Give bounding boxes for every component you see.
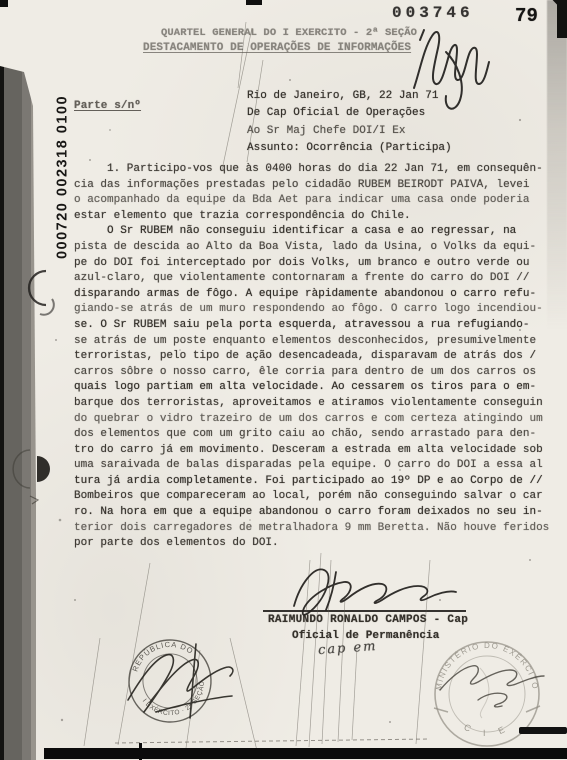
body-line: estar elemento que trazia correspondênci… [74,209,560,225]
body-line: terior dois carregadores de metralhadora… [74,521,560,537]
document-stamp-number: 003746 [392,4,474,22]
body-line: o acompanhado da equipe da Bda Aet para … [74,193,560,209]
reference-number: Parte s/nº [74,100,141,112]
stamp-left-arc-bottom: I EXÉRCITO · 2ª SEÇÃO [140,678,214,726]
officer-signature [294,569,456,614]
body-line: azul-claro, que violentamente contornara… [74,271,560,287]
page-number: 79 [515,5,538,27]
body-line: do quebrar o vidro trazeiro de um dos ca… [74,412,560,428]
letterhead-from: De Cap Oficial de Operações [247,105,452,122]
letterhead-to: Ao Sr Maj Chefe DOI/I Ex [247,123,452,140]
bottom-scan-bar [44,748,567,759]
scanned-document-page: QUARTEL GENERAL DO I EXERCITO - 2ª SEÇÃO… [0,0,567,760]
fold-line [115,739,430,743]
body-line: barque dos terroristas, aproveitamos e a… [74,396,560,412]
body-line: O Sr RUBEM não conseguiu identificar a c… [74,224,560,240]
svg-text:MINISTÉRIO DO EXÉRCITO: MINISTÉRIO DO EXÉRCITO [434,641,540,691]
body-line: ro. Na hora em que a equipe abandonou o … [74,505,560,521]
body-line: tura já ardia completamente. Foi partici… [74,474,560,490]
signature-underline [263,610,466,612]
body-line: Bombeiros que compareceram ao local, por… [74,489,560,505]
body-line: se. O Sr RUBEM saiu pela porta esquerda,… [74,318,560,334]
round-stamp-left: REPÚBLICA DO I EXÉRCITO · 2ª SEÇÃO [118,629,221,732]
body-line: dos elementos que com um grito caiu ao c… [74,427,560,443]
body-line: se atrás de um poste enquanto elementos … [74,334,560,350]
letterhead-block: Rio de Janeiro, GB, 22 Jan 71 De Cap Ofi… [247,88,452,157]
svg-text:REPÚBLICA DO: REPÚBLICA DO [125,631,197,675]
body-line: pe do DOI foi interceptado por dois Volk… [74,256,560,272]
body-line: cia das informações prestadas pelo cidad… [74,178,560,194]
stamp-right-signature [440,666,544,707]
right-scan-dash [519,727,567,734]
body-line: disparando armas de fôgo. A equipe ràpid… [74,287,560,303]
body-line: 1. Participo-vos que às 0400 horas do di… [74,162,560,178]
svg-text:C I E: C I E [462,722,511,738]
document-body: 1. Participo-vos que às 0400 horas do di… [74,162,560,552]
svg-text:I EXÉRCITO · 2ª SEÇÃO: I EXÉRCITO · 2ª SEÇÃO [140,678,214,726]
top-left-corner-mark [0,0,8,7]
body-line: quais logo partiam em alta velocidade. A… [74,380,560,396]
header-detachment-line: DESTACAMENTO DE OPERAÇÕES DE INFORMAÇÕES [143,42,411,54]
top-edge-mark [246,0,262,5]
left-scan-edge [0,66,38,760]
stamp-right-arc-top: MINISTÉRIO DO EXÉRCITO [434,641,540,691]
body-line: pista de descida ao Alto da Boa Vista, l… [74,240,560,256]
stamp-left-arc-top: REPÚBLICA DO [125,631,197,675]
stamp-right-arc-bottom: C I E [462,722,511,738]
letterhead-subject: Assunto: Ocorrência (Participa) [247,140,452,157]
handwritten-note: cap em [318,639,378,658]
letterhead-place-date: Rio de Janeiro, GB, 22 Jan 71 [247,88,452,105]
body-line: terroristas, pelo tipo de ação desencade… [74,349,560,365]
body-line: tro do carro já em movimento. Desceram a… [74,443,560,459]
officer-name: RAIMUNDO RONALDO CAMPOS - Cap [268,614,468,626]
stamp-left-signature [128,644,233,718]
body-line: uma saraivada de balas disparadas pela e… [74,458,560,474]
header-unit-line: QUARTEL GENERAL DO I EXERCITO - 2ª SEÇÃO [161,27,417,39]
body-line: giando-se atrás de um muro respondendo a… [74,302,560,318]
body-line: por parte dos elementos do DOI. [74,536,560,552]
bottom-scan-tick [139,743,142,760]
body-line: carros sôbre o nosso carro, êle corria p… [74,365,560,381]
